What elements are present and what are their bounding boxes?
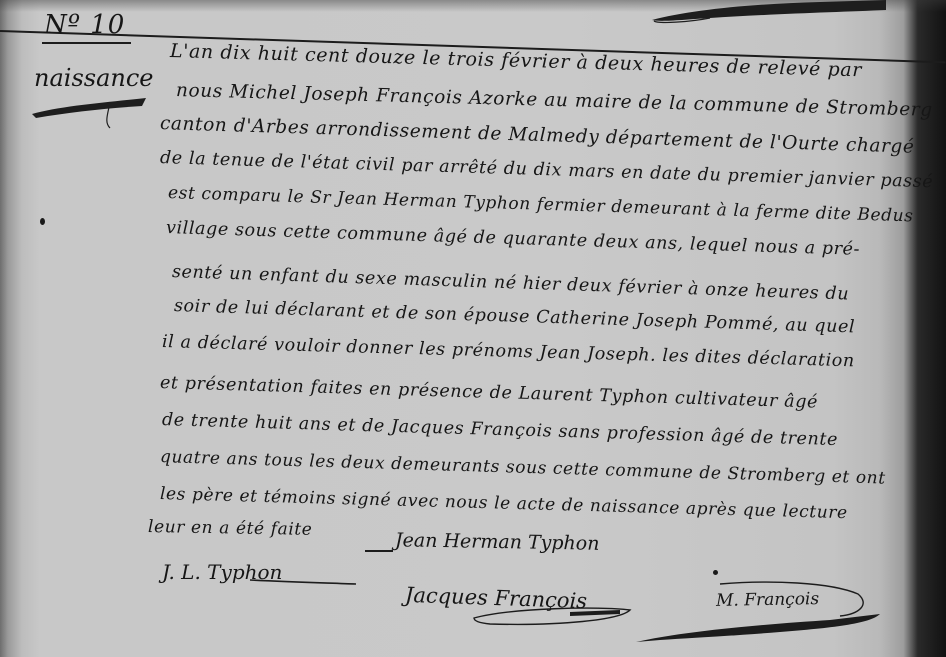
record-line-12: quatre ans tous les deux demeurants sous…	[160, 447, 886, 489]
record-type-flourish	[30, 92, 150, 132]
signature-m-francois-flourish	[630, 580, 890, 650]
record-line-7: senté un enfant du sexe masculin né hier…	[172, 262, 850, 304]
record-number: Nº 10	[42, 10, 131, 44]
record-line-9: il a déclaré vouloir donner les prénoms …	[162, 332, 855, 371]
record-line-13: les père et témoins signé avec nous le a…	[160, 484, 848, 523]
record-type-label: naissance	[34, 64, 153, 92]
record-line-10: et présentation faites en présence de La…	[160, 373, 819, 413]
ink-dot	[713, 570, 718, 575]
signature-underline	[365, 548, 395, 554]
signature-jl-typhon-underline	[250, 578, 360, 586]
signature-jacques-francois-flourish	[470, 598, 640, 638]
record-line-6: village sous cette commune âgé de quaran…	[166, 218, 861, 260]
ink-dot	[40, 218, 45, 225]
record-line-2: nous Michel Joseph François Azorke au ma…	[176, 80, 933, 121]
record-line-5: est comparu le Sr Jean Herman Typhon fer…	[168, 183, 914, 226]
record-line-11: de trente huit ans et de Jacques Françoi…	[162, 410, 839, 450]
record-line-8: soir de lui déclarant et de son épouse C…	[174, 296, 856, 337]
document-scan: Nº 10 naissance L'an dix huit cent douze…	[0, 0, 946, 657]
top-signature-flourish	[650, 0, 890, 24]
signature-jean-herman-typhon: Jean Herman Typhon	[395, 529, 600, 555]
record-line-14: leur en a été faite	[148, 517, 313, 540]
